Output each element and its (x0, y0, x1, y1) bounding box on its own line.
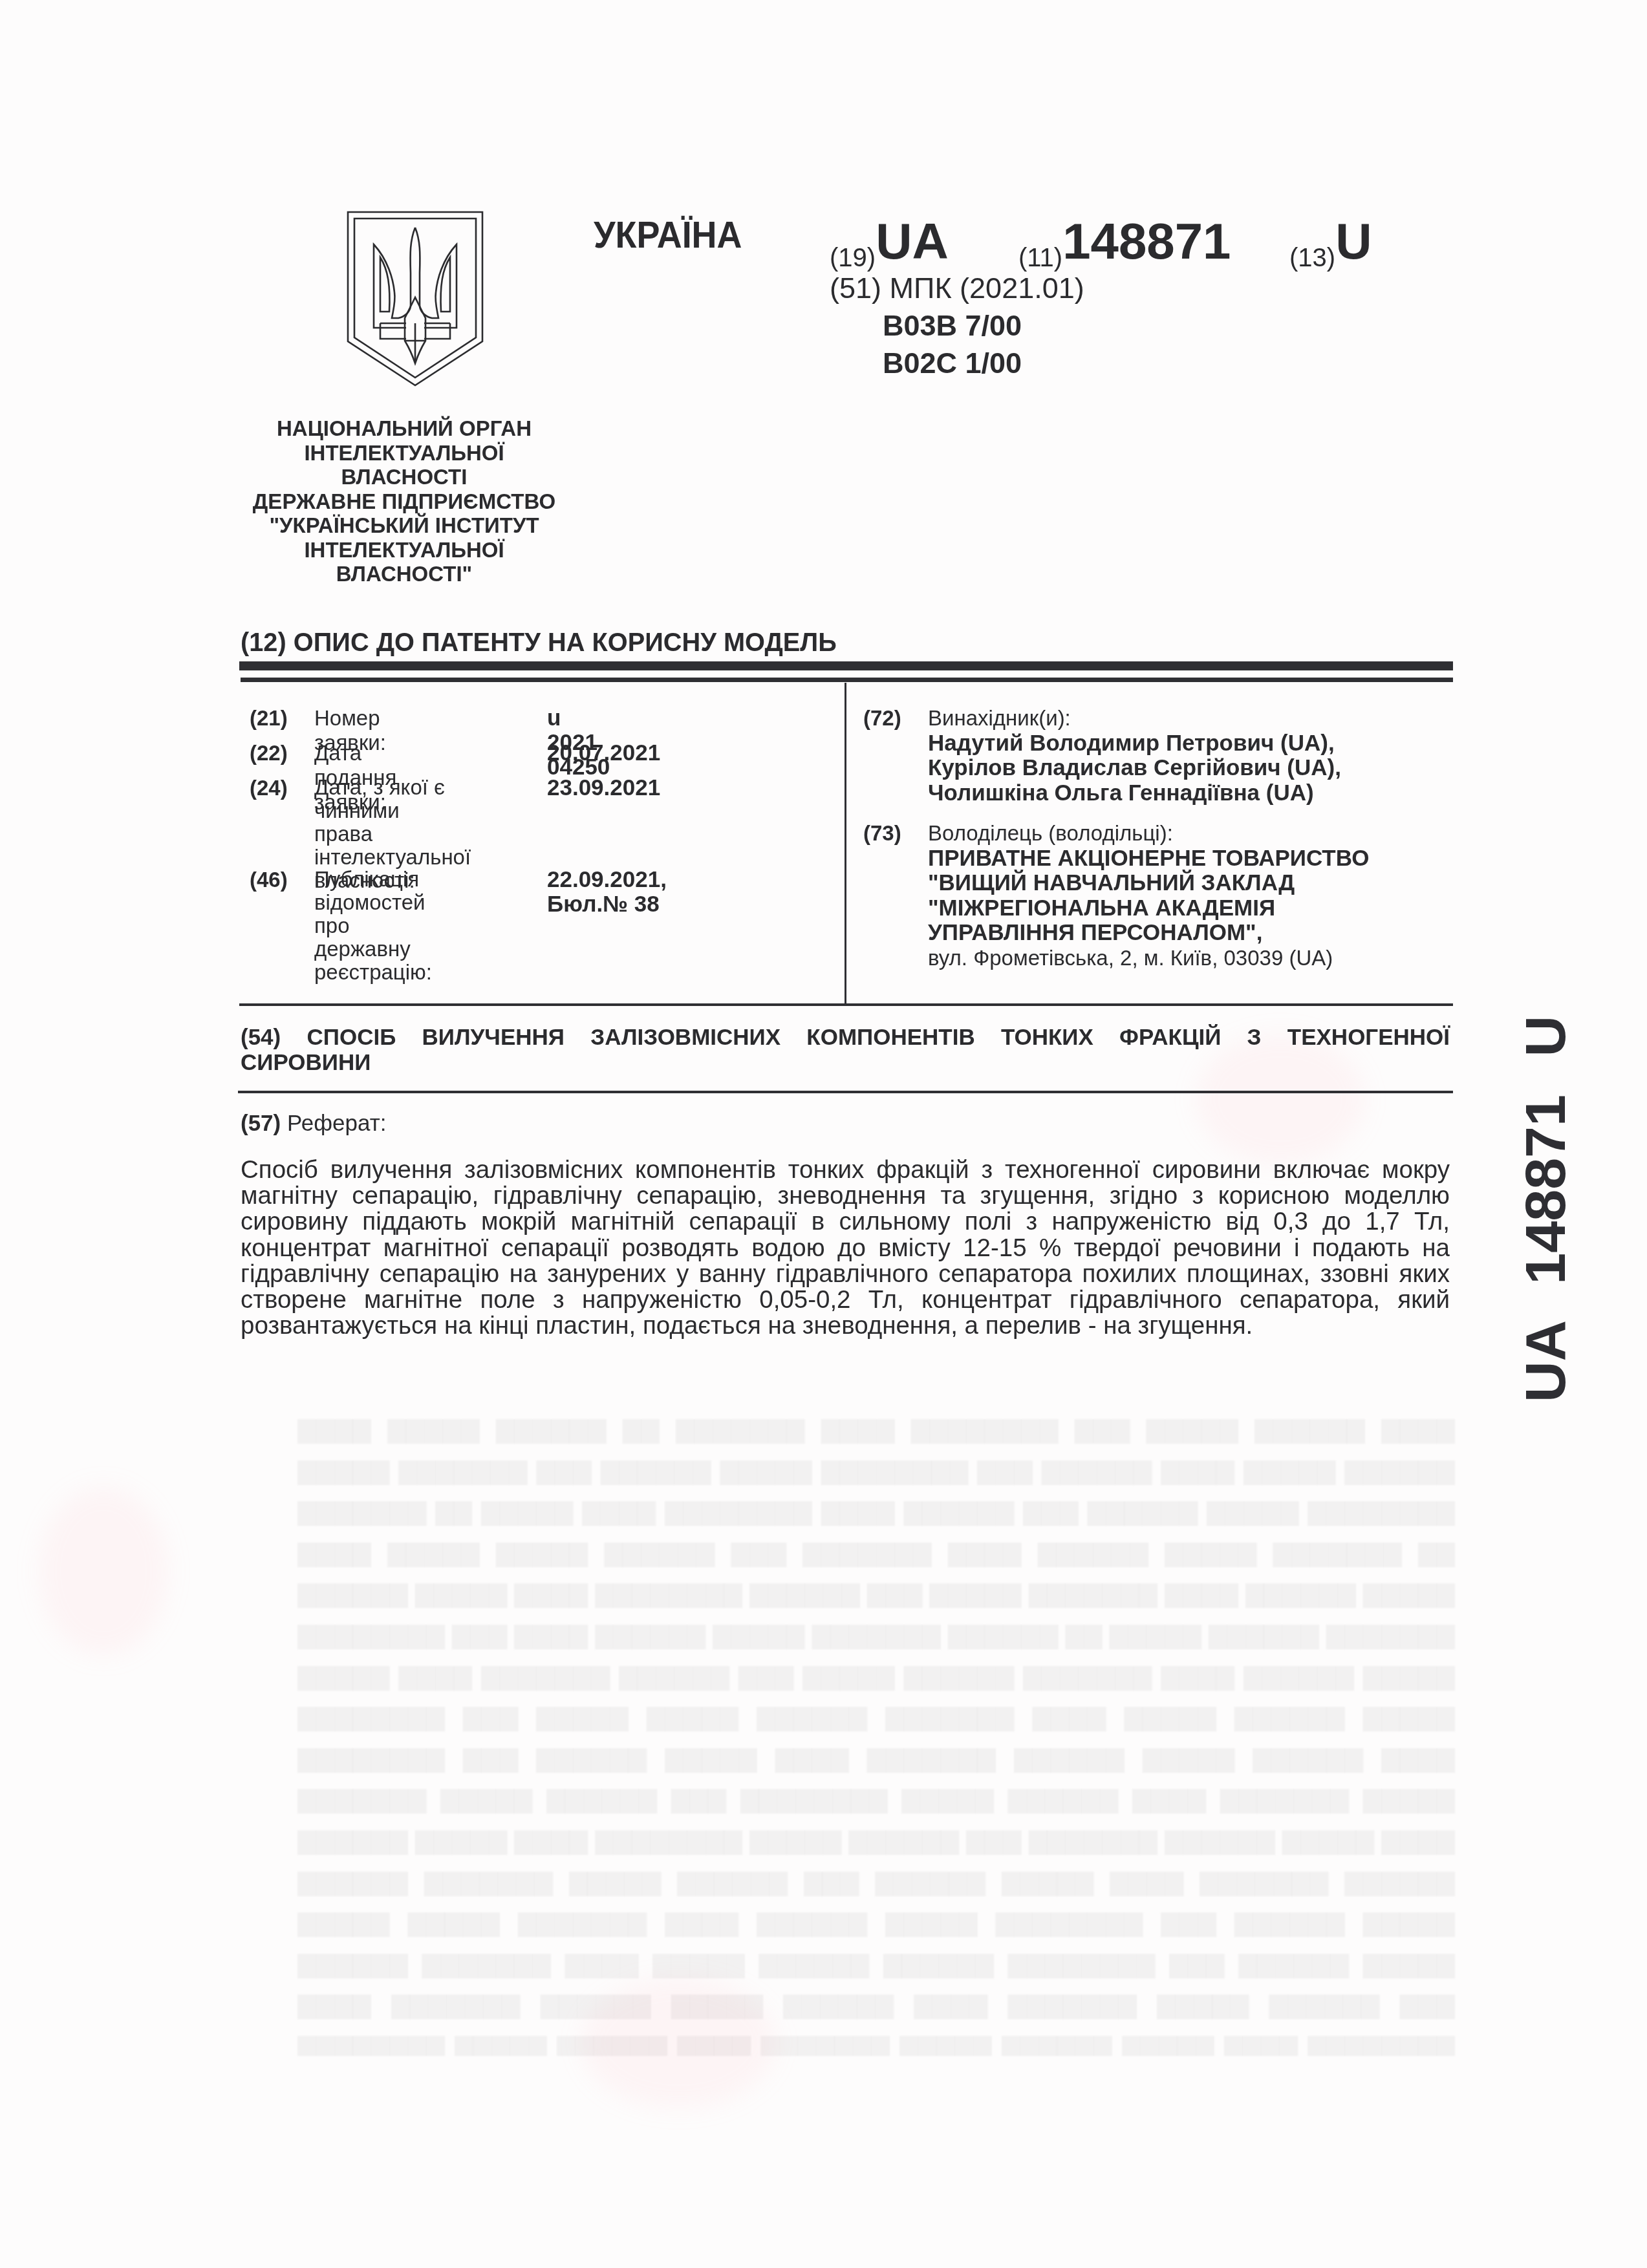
kind-code: U (1335, 213, 1372, 270)
divider (238, 1091, 1453, 1093)
country-name: УКРАЇНА (594, 213, 742, 257)
owner-name-line: ПРИВАТНЕ АКЦІОНЕРНЕ ТОВАРИСТВО (928, 846, 1369, 872)
document-type-title: ОПИС ДО ПАТЕНТУ НА КОРИСНУ МОДЕЛЬ (294, 627, 837, 657)
rights-effective-date: 23.09.2021 (547, 776, 660, 800)
inid-12: (12) (241, 627, 286, 657)
filing-date: 20.07.2021 (547, 741, 660, 765)
ukraine-coat-of-arms-icon (345, 208, 485, 388)
country-code-field: (19)UA (830, 212, 949, 271)
ipc-class: B03B 7/00 (883, 309, 1022, 343)
column-divider (845, 683, 846, 1004)
inid-73: (73) (863, 821, 901, 846)
inid-72: (72) (863, 706, 901, 731)
ipc-title: МПК (2021.01) (890, 272, 1084, 305)
patent-number: 148871 (1062, 213, 1231, 270)
field-label-line: Дата, з якої є чинними (314, 775, 445, 822)
ipc-class: B02C 1/00 (883, 347, 1022, 380)
divider-thick (239, 661, 1453, 670)
inid-21: (21) (250, 706, 288, 731)
inid-22: (22) (250, 741, 288, 765)
inventor-name: Курілов Владислав Сергійович (UA), (928, 756, 1341, 781)
side-patent-label: UA 148871 U (1507, 1028, 1584, 1390)
field-label: Публікація відомостей про державну реєст… (314, 868, 432, 984)
invention-title: (54) СПОСІБ ВИЛУЧЕННЯ ЗАЛІЗОВМІСНИХ КОМП… (241, 1025, 1450, 1075)
patent-number-field: (11)148871 (1018, 212, 1231, 271)
abstract-heading: (57) Реферат: (241, 1111, 386, 1137)
office-line: ВЛАСНОСТІ" (252, 562, 556, 586)
inventor-name: Чолишкіна Ольга Геннадіївна (UA) (928, 781, 1341, 806)
document-type-heading: (12) ОПИС ДО ПАТЕНТУ НА КОРИСНУ МОДЕЛЬ (241, 627, 837, 658)
invention-title-text: СПОСІБ ВИЛУЧЕННЯ ЗАЛІЗОВМІСНИХ КОМПОНЕНТ… (241, 1025, 1450, 1075)
inid-46: (46) (250, 868, 288, 892)
field-label-line: Публікація відомостей (314, 867, 425, 914)
office-line: ІНТЕЛЕКТУАЛЬНОЇ (252, 441, 556, 465)
field-label-line: реєстрацію: (314, 960, 432, 984)
inid-19: (19) (830, 244, 876, 272)
owner-address: вул. Фрометівська, 2, м. Київ, 03039 (UA… (928, 946, 1369, 971)
inid-11: (11) (1018, 244, 1062, 272)
inventors-label: Винахідник(и): (928, 706, 1341, 731)
field-label-line: права інтелектуальної (314, 822, 471, 869)
side-patent-label-text: UA 148871 U (1512, 1016, 1578, 1402)
office-line: ІНТЕЛЕКТУАЛЬНОЇ (252, 538, 556, 562)
scan-stain (39, 1487, 168, 1655)
inventor-name: Надутий Володимир Петрович (UA), (928, 731, 1341, 756)
inid-13: (13) (1289, 244, 1335, 272)
kind-code-field: (13)U (1289, 212, 1372, 271)
divider-thin (241, 678, 1453, 682)
inid-57: (57) (241, 1111, 281, 1136)
abstract-text: Спосіб вилучення залізовмісних компонент… (241, 1157, 1450, 1339)
office-line: "УКРАЇНСЬКИЙ ІНСТИТУТ (252, 513, 556, 538)
inid-51: (51) (830, 272, 881, 305)
office-line: ВЛАСНОСТІ (252, 465, 556, 489)
publication-date-bulletin: 22.09.2021, Бюл.№ 38 (547, 868, 667, 917)
inid-24: (24) (250, 776, 288, 800)
office-line: ДЕРЖАВНЕ ПІДПРИЄМСТВО (252, 489, 556, 514)
scan-stain (582, 1978, 776, 2108)
owner-name-line: "МІЖРЕГІОНАЛЬНА АКАДЕМІЯ (928, 896, 1369, 921)
ipc-field: (51) МПК (2021.01) (830, 272, 1084, 305)
country-code: UA (876, 213, 949, 270)
owner-name-line: УПРАВЛІННЯ ПЕРСОНАЛОМ", (928, 921, 1369, 946)
patent-office-name: НАЦІОНАЛЬНИЙ ОРГАН ІНТЕЛЕКТУАЛЬНОЇ ВЛАСН… (252, 416, 556, 586)
divider (239, 1003, 1453, 1006)
inid-54: (54) (241, 1025, 281, 1050)
abstract-label: Реферат: (287, 1111, 386, 1136)
office-line: НАЦІОНАЛЬНИЙ ОРГАН (252, 416, 556, 441)
field-label-line: про державну (314, 914, 411, 961)
owner-name-line: "ВИЩИЙ НАВЧАЛЬНИЙ ЗАКЛАД (928, 871, 1369, 896)
bleed-through-texture: ▇▇▇▇ ▇▇▇▇▇ ▇▇▇▇▇▇ ▇▇ ▇▇▇▇▇▇▇ ▇▇▇▇ ▇▇▇▇▇▇… (297, 1409, 1455, 2056)
owner-label: Володілець (володільці): (928, 821, 1369, 846)
